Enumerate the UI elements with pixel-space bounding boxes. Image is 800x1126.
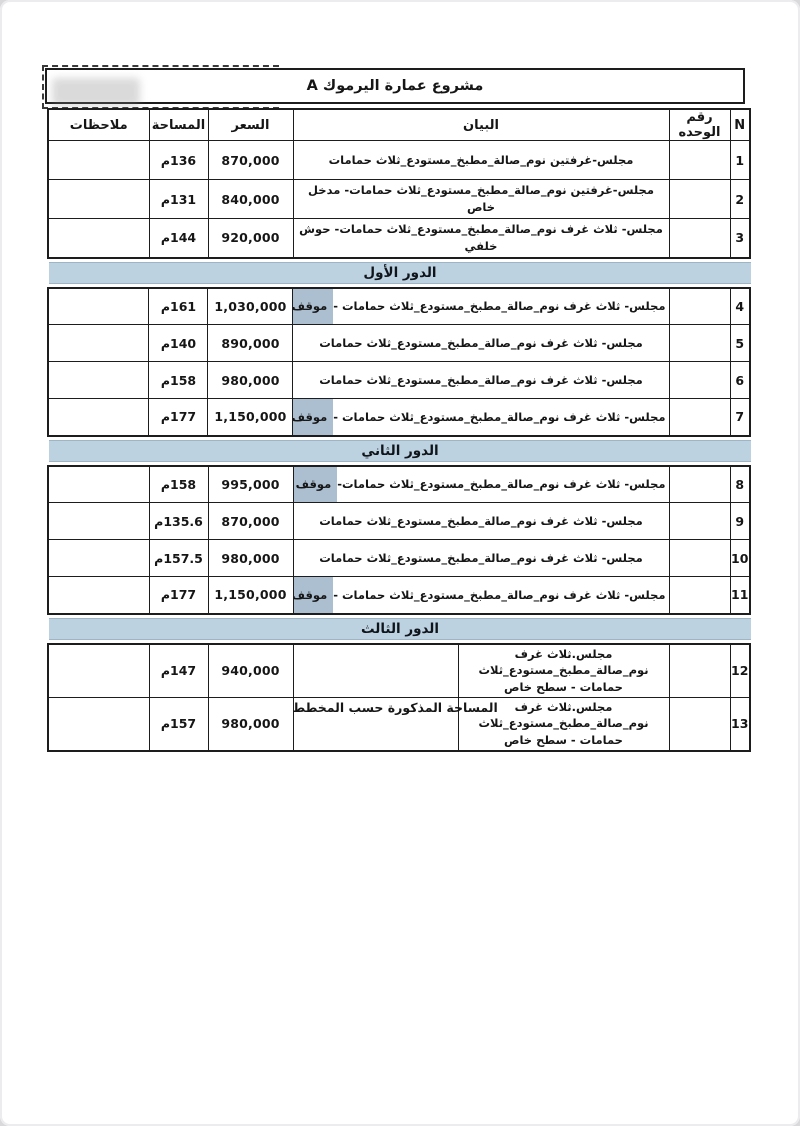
- description-cell: مجلس- ثلاث غرف نوم_صالة_مطبخ_مستودع_ثلاث…: [293, 362, 669, 399]
- unit-number-cell: [669, 503, 730, 540]
- notes-cell: [48, 503, 149, 540]
- unit-number-cell: [669, 399, 730, 436]
- price-cell: 1,150,000: [208, 399, 293, 436]
- description-text: مجلس- ثلاث غرف نوم_صالة_مطبخ_مستودع_ثلاث…: [294, 219, 669, 257]
- notes-cell: [48, 325, 149, 362]
- header-row: Nرقم الوحدهالبيانالسعرالمساحةملاحظات: [48, 109, 750, 141]
- column-header-area: المساحة: [149, 109, 208, 141]
- description-cell: مجلس- ثلاث غرف نوم_صالة_مطبخ_مستودع_ثلاث…: [293, 503, 669, 540]
- area-cell: 157.5م: [149, 540, 208, 577]
- parking-highlight: موقف داخلي: [293, 399, 333, 435]
- row-number-cell: 8: [730, 466, 750, 503]
- unit-number-cell: [669, 325, 730, 362]
- notes-cell: [48, 141, 149, 180]
- price-cell: 870,000: [208, 141, 293, 180]
- row-number-cell: 10: [730, 540, 750, 577]
- row-number-cell: 1: [730, 141, 750, 180]
- description-cell: مجلس- ثلاث غرف نوم_صالة_مطبخ_مستودع_ثلاث…: [293, 540, 669, 577]
- price-cell: 890,000: [208, 325, 293, 362]
- description-text: مجلس-غرفتين نوم_صالة_مطبخ_مستودع_ثلاث حم…: [294, 180, 669, 218]
- description-text: مجلس- ثلاث غرف نوم_صالة_مطبخ_مستودع_ثلاث…: [293, 362, 668, 398]
- description-text: مجلس- ثلاث غرف نوم_صالة_مطبخ_مستودع_ثلاث…: [293, 399, 668, 435]
- table-row: 10مجلس- ثلاث غرف نوم_صالة_مطبخ_مستودع_ثل…: [48, 540, 750, 577]
- row-number-cell: 4: [730, 288, 750, 325]
- floor-section-header: الدور الأول: [49, 262, 751, 284]
- description-cell: مجلس- ثلاث غرف نوم_صالة_مطبخ_مستودع_ثلاث…: [293, 219, 669, 258]
- table-row: 2مجلس-غرفتين نوم_صالة_مطبخ_مستودع_ثلاث ح…: [48, 180, 750, 219]
- area-cell: 161م: [149, 288, 208, 325]
- floor-section-header: الدور الثالث: [49, 618, 751, 640]
- notes-cell: [48, 644, 149, 698]
- table-row: 1مجلس-غرفتين نوم_صالة_مطبخ_مستودع_ثلاث ح…: [48, 141, 750, 180]
- table-block: 4مجلس- ثلاث غرف نوم_صالة_مطبخ_مستودع_ثلا…: [47, 287, 751, 437]
- title-box: مشروع عمارة اليرموك A: [45, 68, 745, 104]
- notes-cell: [48, 180, 149, 219]
- row-number-cell: 6: [730, 362, 750, 399]
- description-text: مجلس.ثلاث غرف نوم_صالة_مطبخ_مستودع_ثلاث …: [459, 645, 669, 697]
- area-cell: 177م: [149, 577, 208, 614]
- floor-section-header: الدور الثاني: [49, 440, 751, 462]
- parking-highlight: موقف داخلي: [293, 289, 333, 325]
- footer-note: المساحة المذكورة حسب المخطط: [45, 700, 745, 715]
- description-prefix: مجلس- ثلاث غرف نوم_صالة_مطبخ_مستودع_ثلاث…: [337, 467, 665, 503]
- table-block: Nرقم الوحدهالبيانالسعرالمساحةملاحظات1مجل…: [47, 108, 751, 259]
- price-cell: 920,000: [208, 219, 293, 258]
- price-cell: 940,000: [208, 644, 293, 698]
- column-header-n: N: [730, 109, 750, 141]
- row-number-cell: 7: [730, 399, 750, 436]
- description-cell: مجلس-غرفتين نوم_صالة_مطبخ_مستودع_ثلاث حم…: [293, 141, 669, 180]
- price-table: Nرقم الوحدهالبيانالسعرالمساحةملاحظات1مجل…: [45, 108, 751, 752]
- row-number-cell: 5: [730, 325, 750, 362]
- price-cell: 980,000: [208, 540, 293, 577]
- notes-cell: [48, 577, 149, 614]
- page-title: مشروع عمارة اليرموك A: [307, 78, 484, 94]
- notes-cell: [48, 288, 149, 325]
- column-header-description: البيان: [293, 109, 669, 141]
- unit-number-cell: [669, 540, 730, 577]
- area-cell: 144م: [149, 219, 208, 258]
- area-cell: 140م: [149, 325, 208, 362]
- description-prefix: مجلس- ثلاث غرف نوم_صالة_مطبخ_مستودع_ثلاث…: [333, 577, 665, 613]
- area-cell: 147م: [149, 644, 208, 698]
- unit-number-cell: [669, 644, 730, 698]
- table-row: 11مجلس- ثلاث غرف نوم_صالة_مطبخ_مستودع_ثل…: [48, 577, 750, 614]
- description-cell: مجلس- ثلاث غرف نوم_صالة_مطبخ_مستودع_ثلاث…: [293, 399, 669, 436]
- price-cell: 1,150,000: [208, 577, 293, 614]
- description-text: مجلس- ثلاث غرف نوم_صالة_مطبخ_مستودع_ثلاث…: [294, 467, 669, 503]
- column-header-notes: ملاحظات: [48, 109, 149, 141]
- unit-number-cell: [669, 362, 730, 399]
- row-number-cell: 3: [730, 219, 750, 258]
- parking-highlight: موقف داخلي: [293, 577, 333, 613]
- table-row: 9مجلس- ثلاث غرف نوم_صالة_مطبخ_مستودع_ثلا…: [48, 503, 750, 540]
- description-cell: مجلس- ثلاث غرف نوم_صالة_مطبخ_مستودع_ثلاث…: [293, 325, 669, 362]
- table-row: 12مجلس.ثلاث غرف نوم_صالة_مطبخ_مستودع_ثلا…: [48, 644, 750, 698]
- row-number-cell: 2: [730, 180, 750, 219]
- notes-cell: [48, 540, 149, 577]
- unit-number-cell: [669, 288, 730, 325]
- description-prefix: مجلس- ثلاث غرف نوم_صالة_مطبخ_مستودع_ثلاث…: [333, 289, 665, 325]
- unit-number-cell: [669, 577, 730, 614]
- row-number-cell: 9: [730, 503, 750, 540]
- area-cell: 158م: [149, 362, 208, 399]
- price-cell: 980,000: [208, 362, 293, 399]
- table-row: 4مجلس- ثلاث غرف نوم_صالة_مطبخ_مستودع_ثلا…: [48, 288, 750, 325]
- column-header-unit_no: رقم الوحده: [669, 109, 730, 141]
- description-cell: مجلس- ثلاث غرف نوم_صالة_مطبخ_مستودع_ثلاث…: [293, 288, 669, 325]
- unit-number-cell: [669, 141, 730, 180]
- document-sheet: مشروع عمارة اليرموك A Nرقم الوحدهالبيانا…: [0, 0, 800, 1126]
- table-row: 7مجلس- ثلاث غرف نوم_صالة_مطبخ_مستودع_ثلا…: [48, 399, 750, 436]
- description-cell: مجلس- ثلاث غرف نوم_صالة_مطبخ_مستودع_ثلاث…: [293, 466, 669, 503]
- row-number-cell: 11: [730, 577, 750, 614]
- table-row: 6مجلس- ثلاث غرف نوم_صالة_مطبخ_مستودع_ثلا…: [48, 362, 750, 399]
- price-cell: 995,000: [208, 466, 293, 503]
- table-block: 8مجلس- ثلاث غرف نوم_صالة_مطبخ_مستودع_ثلا…: [47, 465, 751, 615]
- unit-number-cell: [669, 219, 730, 258]
- description-empty-cell: [293, 644, 458, 698]
- description-prefix: مجلس- ثلاث غرف نوم_صالة_مطبخ_مستودع_ثلاث…: [333, 399, 665, 435]
- notes-cell: [48, 362, 149, 399]
- description-text: مجلس- ثلاث غرف نوم_صالة_مطبخ_مستودع_ثلاث…: [294, 540, 669, 576]
- price-cell: 840,000: [208, 180, 293, 219]
- area-cell: 177م: [149, 399, 208, 436]
- table-row: 8مجلس- ثلاث غرف نوم_صالة_مطبخ_مستودع_ثلا…: [48, 466, 750, 503]
- column-header-price: السعر: [208, 109, 293, 141]
- description-text: مجلس- ثلاث غرف نوم_صالة_مطبخ_مستودع_ثلاث…: [293, 325, 668, 361]
- unit-number-cell: [669, 466, 730, 503]
- parking-highlight: موقف داخلي: [293, 467, 337, 503]
- description-text: مجلس-غرفتين نوم_صالة_مطبخ_مستودع_ثلاث حم…: [294, 141, 669, 179]
- description-cell: مجلس.ثلاث غرف نوم_صالة_مطبخ_مستودع_ثلاث …: [458, 644, 669, 698]
- notes-cell: [48, 219, 149, 258]
- description-cell: مجلس-غرفتين نوم_صالة_مطبخ_مستودع_ثلاث حم…: [293, 180, 669, 219]
- table-block: 12مجلس.ثلاث غرف نوم_صالة_مطبخ_مستودع_ثلا…: [47, 643, 751, 752]
- unit-number-cell: [669, 180, 730, 219]
- notes-cell: [48, 466, 149, 503]
- area-cell: 136م: [149, 141, 208, 180]
- area-cell: 135.6م: [149, 503, 208, 540]
- price-cell: 1,030,000: [208, 288, 293, 325]
- table-row: 5مجلس- ثلاث غرف نوم_صالة_مطبخ_مستودع_ثلا…: [48, 325, 750, 362]
- area-cell: 158م: [149, 466, 208, 503]
- description-cell: مجلس- ثلاث غرف نوم_صالة_مطبخ_مستودع_ثلاث…: [293, 577, 669, 614]
- description-text: مجلس- ثلاث غرف نوم_صالة_مطبخ_مستودع_ثلاث…: [293, 289, 668, 325]
- description-text: مجلس- ثلاث غرف نوم_صالة_مطبخ_مستودع_ثلاث…: [294, 503, 669, 539]
- watermark-smudge: [52, 78, 140, 106]
- row-number-cell: 12: [730, 644, 750, 698]
- table-row: 3مجلس- ثلاث غرف نوم_صالة_مطبخ_مستودع_ثلا…: [48, 219, 750, 258]
- description-text: مجلس- ثلاث غرف نوم_صالة_مطبخ_مستودع_ثلاث…: [294, 577, 669, 613]
- notes-cell: [48, 399, 149, 436]
- area-cell: 131م: [149, 180, 208, 219]
- price-cell: 870,000: [208, 503, 293, 540]
